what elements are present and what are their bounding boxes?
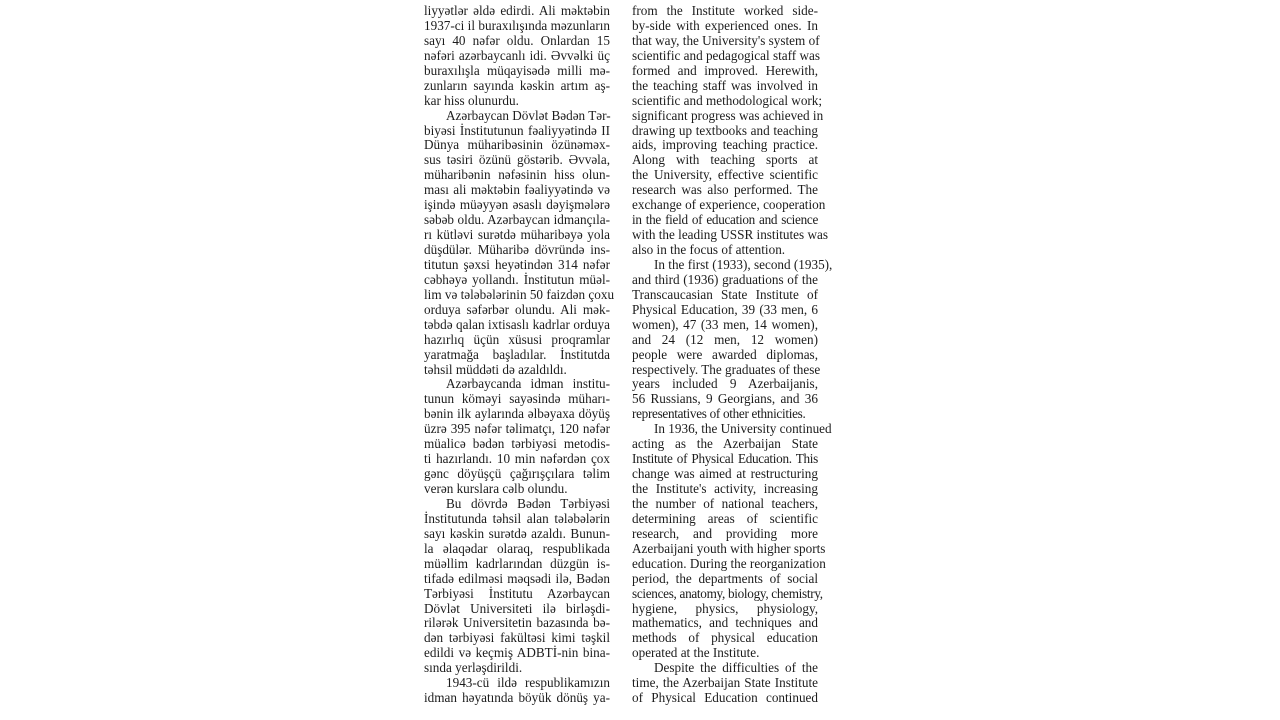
paragraph: In 1936, the University continuedacting … <box>632 422 818 661</box>
text-line: years included 9 Azerbaijanis, <box>632 377 818 392</box>
text-line: 56 Russians, 9 Georgians, and 36 <box>632 392 818 407</box>
text-line: idman həyatında böyük dönüş ya- <box>424 691 610 706</box>
text-line: İnstitutunda təhsil alan tələbələrin <box>424 512 610 527</box>
text-line: scientific and methodological work; <box>632 94 818 109</box>
text-line: by-side with experienced ones. In <box>632 19 818 34</box>
text-line: mathematics, and techniques and <box>632 616 818 631</box>
text-line: müharibənin nəfəsinin hiss olun- <box>424 168 610 183</box>
text-line: research was also performed. The <box>632 183 818 198</box>
paragraph: Bu dövrdə Bədən Tərbiyəsiİnstitutunda tə… <box>424 497 610 676</box>
paragraph: liyyətlər əldə edirdi. Ali məktəbin1937-… <box>424 4 610 109</box>
text-line: edildi və keçmiş ADBTİ-nin bina- <box>424 646 610 661</box>
text-line: sında yerləşdirildi. <box>424 661 610 676</box>
text-line: gənc döyüşçü çağırışçılara təlim <box>424 467 610 482</box>
text-line: rilərək Universitetin bazasında bə- <box>424 616 610 631</box>
text-line: with the leading USSR institutes was <box>632 228 818 243</box>
paragraph: from the Institute worked side-by-side w… <box>632 4 818 258</box>
text-line: müalicə bədən tərbiyəsi metodis- <box>424 437 610 452</box>
text-line: yaratmağa başladılar. İnstitutda <box>424 348 610 363</box>
text-line: of Physical Education continued <box>632 691 818 706</box>
right-column-english-text: from the Institute worked side-by-side w… <box>632 4 818 706</box>
text-line: acting as the Azerbaijan State <box>632 437 818 452</box>
text-line: Institute of Physical Education. This <box>632 452 818 467</box>
text-line: Physical Education, 39 (33 men, 6 <box>632 303 818 318</box>
text-line: liyyətlər əldə edirdi. Ali məktəbin <box>424 4 610 19</box>
text-line: Azerbaijani youth with higher sports <box>632 542 818 557</box>
text-line: Azərbaycanda idman institu- <box>424 377 610 392</box>
text-line: Dünya müharibəsinin özünəməx- <box>424 138 610 153</box>
text-line: Transcaucasian State Institute of <box>632 288 818 303</box>
text-line: research, and providing more <box>632 527 818 542</box>
text-line: Along with teaching sports at <box>632 153 818 168</box>
text-line: drawing up textbooks and teaching <box>632 124 818 139</box>
text-line: 1937-ci il buraxılışında məzunların <box>424 19 610 34</box>
text-line: düşdülər. Müharibə dövründə ins- <box>424 243 610 258</box>
text-line: the Institute's activity, increasing <box>632 482 818 497</box>
text-line: representatives of other ethnicities. <box>632 407 818 422</box>
text-line: aids, improving teaching practice. <box>632 138 818 153</box>
text-line: Bu dövrdə Bədən Tərbiyəsi <box>424 497 610 512</box>
text-line: methods of physical education <box>632 631 818 646</box>
text-line: the teaching staff was involved in <box>632 79 818 94</box>
text-line: verən kurslara cəlb olundu. <box>424 482 610 497</box>
text-line: sayı 40 nəfər oldu. Onlardan 15 <box>424 34 610 49</box>
text-line: zunların sayında kəskin artım aş- <box>424 79 610 94</box>
text-line: müəllim kadrlarından düzgün is- <box>424 557 610 572</box>
text-line: işində müəyyən əsaslı dəyişmələrə <box>424 198 610 213</box>
text-line: tifadə edilməsi məqsədi ilə, Bədən <box>424 572 610 587</box>
text-line: from the Institute worked side- <box>632 4 818 19</box>
text-line: nəfəri azərbaycanlı idi. Əvvəlki üç <box>424 49 610 64</box>
text-line: exchange of experience, cooperation <box>632 198 818 213</box>
text-line: Azərbaycan Dövlət Bədən Tər- <box>424 109 610 124</box>
text-line: orduya səfərbər olundu. Ali mək- <box>424 303 610 318</box>
text-line: buraxılışla müqayisədə milli mə- <box>424 64 610 79</box>
text-line: period, the departments of social <box>632 572 818 587</box>
text-line: 1943-cü ildə respublikamızın <box>424 676 610 691</box>
text-line: Dövlət Universiteti ilə birləşdi- <box>424 602 610 617</box>
text-line: change was aimed at restructuring <box>632 467 818 482</box>
text-line: hazırlıq üçün xüsusi proqramlar <box>424 333 610 348</box>
text-line: that way, the University's system of <box>632 34 818 49</box>
text-line: sus təsiri özünü göstərib. Əvvəla, <box>424 153 610 168</box>
paragraph: Azərbaycan Dövlət Bədən Tər-biyəsi İnsti… <box>424 109 610 378</box>
text-line: dən tərbiyəsi fakültəsi kimi təşkil <box>424 631 610 646</box>
text-line: səbəb oldu. Azərbaycan idmançıla- <box>424 213 610 228</box>
text-line: determining areas of scientific <box>632 512 818 527</box>
text-line: scientific and pedagogical staff was <box>632 49 818 64</box>
text-line: and 24 (12 men, 12 women) <box>632 333 818 348</box>
text-line: Despite the difficulties of the <box>632 661 818 676</box>
paragraph: In the first (1933), second (1935),and t… <box>632 258 818 422</box>
text-line: təbdə qalan ixtisaslı kadrlar orduya <box>424 318 610 333</box>
text-line: respectively. The graduates of these <box>632 363 818 378</box>
document-page: liyyətlər əldə edirdi. Ali məktəbin1937-… <box>0 0 1280 720</box>
text-line: the number of national teachers, <box>632 497 818 512</box>
text-line: women), 47 (33 men, 14 women), <box>632 318 818 333</box>
text-line: education. During the reorganization <box>632 557 818 572</box>
text-line: In 1936, the University continued <box>632 422 818 437</box>
text-line: rı kütləvi surətdə müharibəyə yola <box>424 228 610 243</box>
text-line: tunun köməyi sayəsində müharı- <box>424 392 610 407</box>
text-line: time, the Azerbaijan State Institute <box>632 676 818 691</box>
text-line: also in the focus of attention. <box>632 243 818 258</box>
text-line: operated at the Institute. <box>632 646 818 661</box>
text-line: significant progress was achieved in <box>632 109 818 124</box>
text-line: and third (1936) graduations of the <box>632 273 818 288</box>
text-line: təhsil müddəti də azaldıldı. <box>424 363 610 378</box>
text-line: bənin ilk aylarında əlbəyaxa döyüş <box>424 407 610 422</box>
text-line: lim və tələbələrinin 50 faizdən çoxu <box>424 288 610 303</box>
text-line: cəbhəyə yollandı. İnstitutun müəl- <box>424 273 610 288</box>
text-line: la əlaqədar olaraq, respublikada <box>424 542 610 557</box>
paragraph: Despite the difficulties of thetime, the… <box>632 661 818 706</box>
left-column-azerbaijani-text: liyyətlər əldə edirdi. Ali məktəbin1937-… <box>424 4 610 706</box>
paragraph: 1943-cü ildə respublikamızınidman həyatı… <box>424 676 610 706</box>
text-line: sciences, anatomy, biology, chemistry, <box>632 587 818 602</box>
text-line: biyəsi İnstitutunun fəaliyyətində II <box>424 124 610 139</box>
text-line: Tərbiyəsi İnstitutu Azərbaycan <box>424 587 610 602</box>
text-line: In the first (1933), second (1935), <box>632 258 818 273</box>
text-line: sayı kəskin surətdə azaldı. Bunun- <box>424 527 610 542</box>
text-line: in the field of education and science <box>632 213 818 228</box>
text-line: kar hiss olunurdu. <box>424 94 610 109</box>
text-line: titutun şəxsi heyətindən 314 nəfər <box>424 258 610 273</box>
text-line: üzrə 395 nəfər təlimatçı, 120 nəfər <box>424 422 610 437</box>
text-line: formed and improved. Herewith, <box>632 64 818 79</box>
paragraph: Azərbaycanda idman institu-tunun köməyi … <box>424 377 610 497</box>
text-line: the University, effective scientific <box>632 168 818 183</box>
text-line: ti hazırlandı. 10 min nəfərdən çox <box>424 452 610 467</box>
text-line: hygiene, physics, physiology, <box>632 602 818 617</box>
text-line: ması ali məktəbin fəaliyyətində və <box>424 183 610 198</box>
text-line: people were awarded diplomas, <box>632 348 818 363</box>
